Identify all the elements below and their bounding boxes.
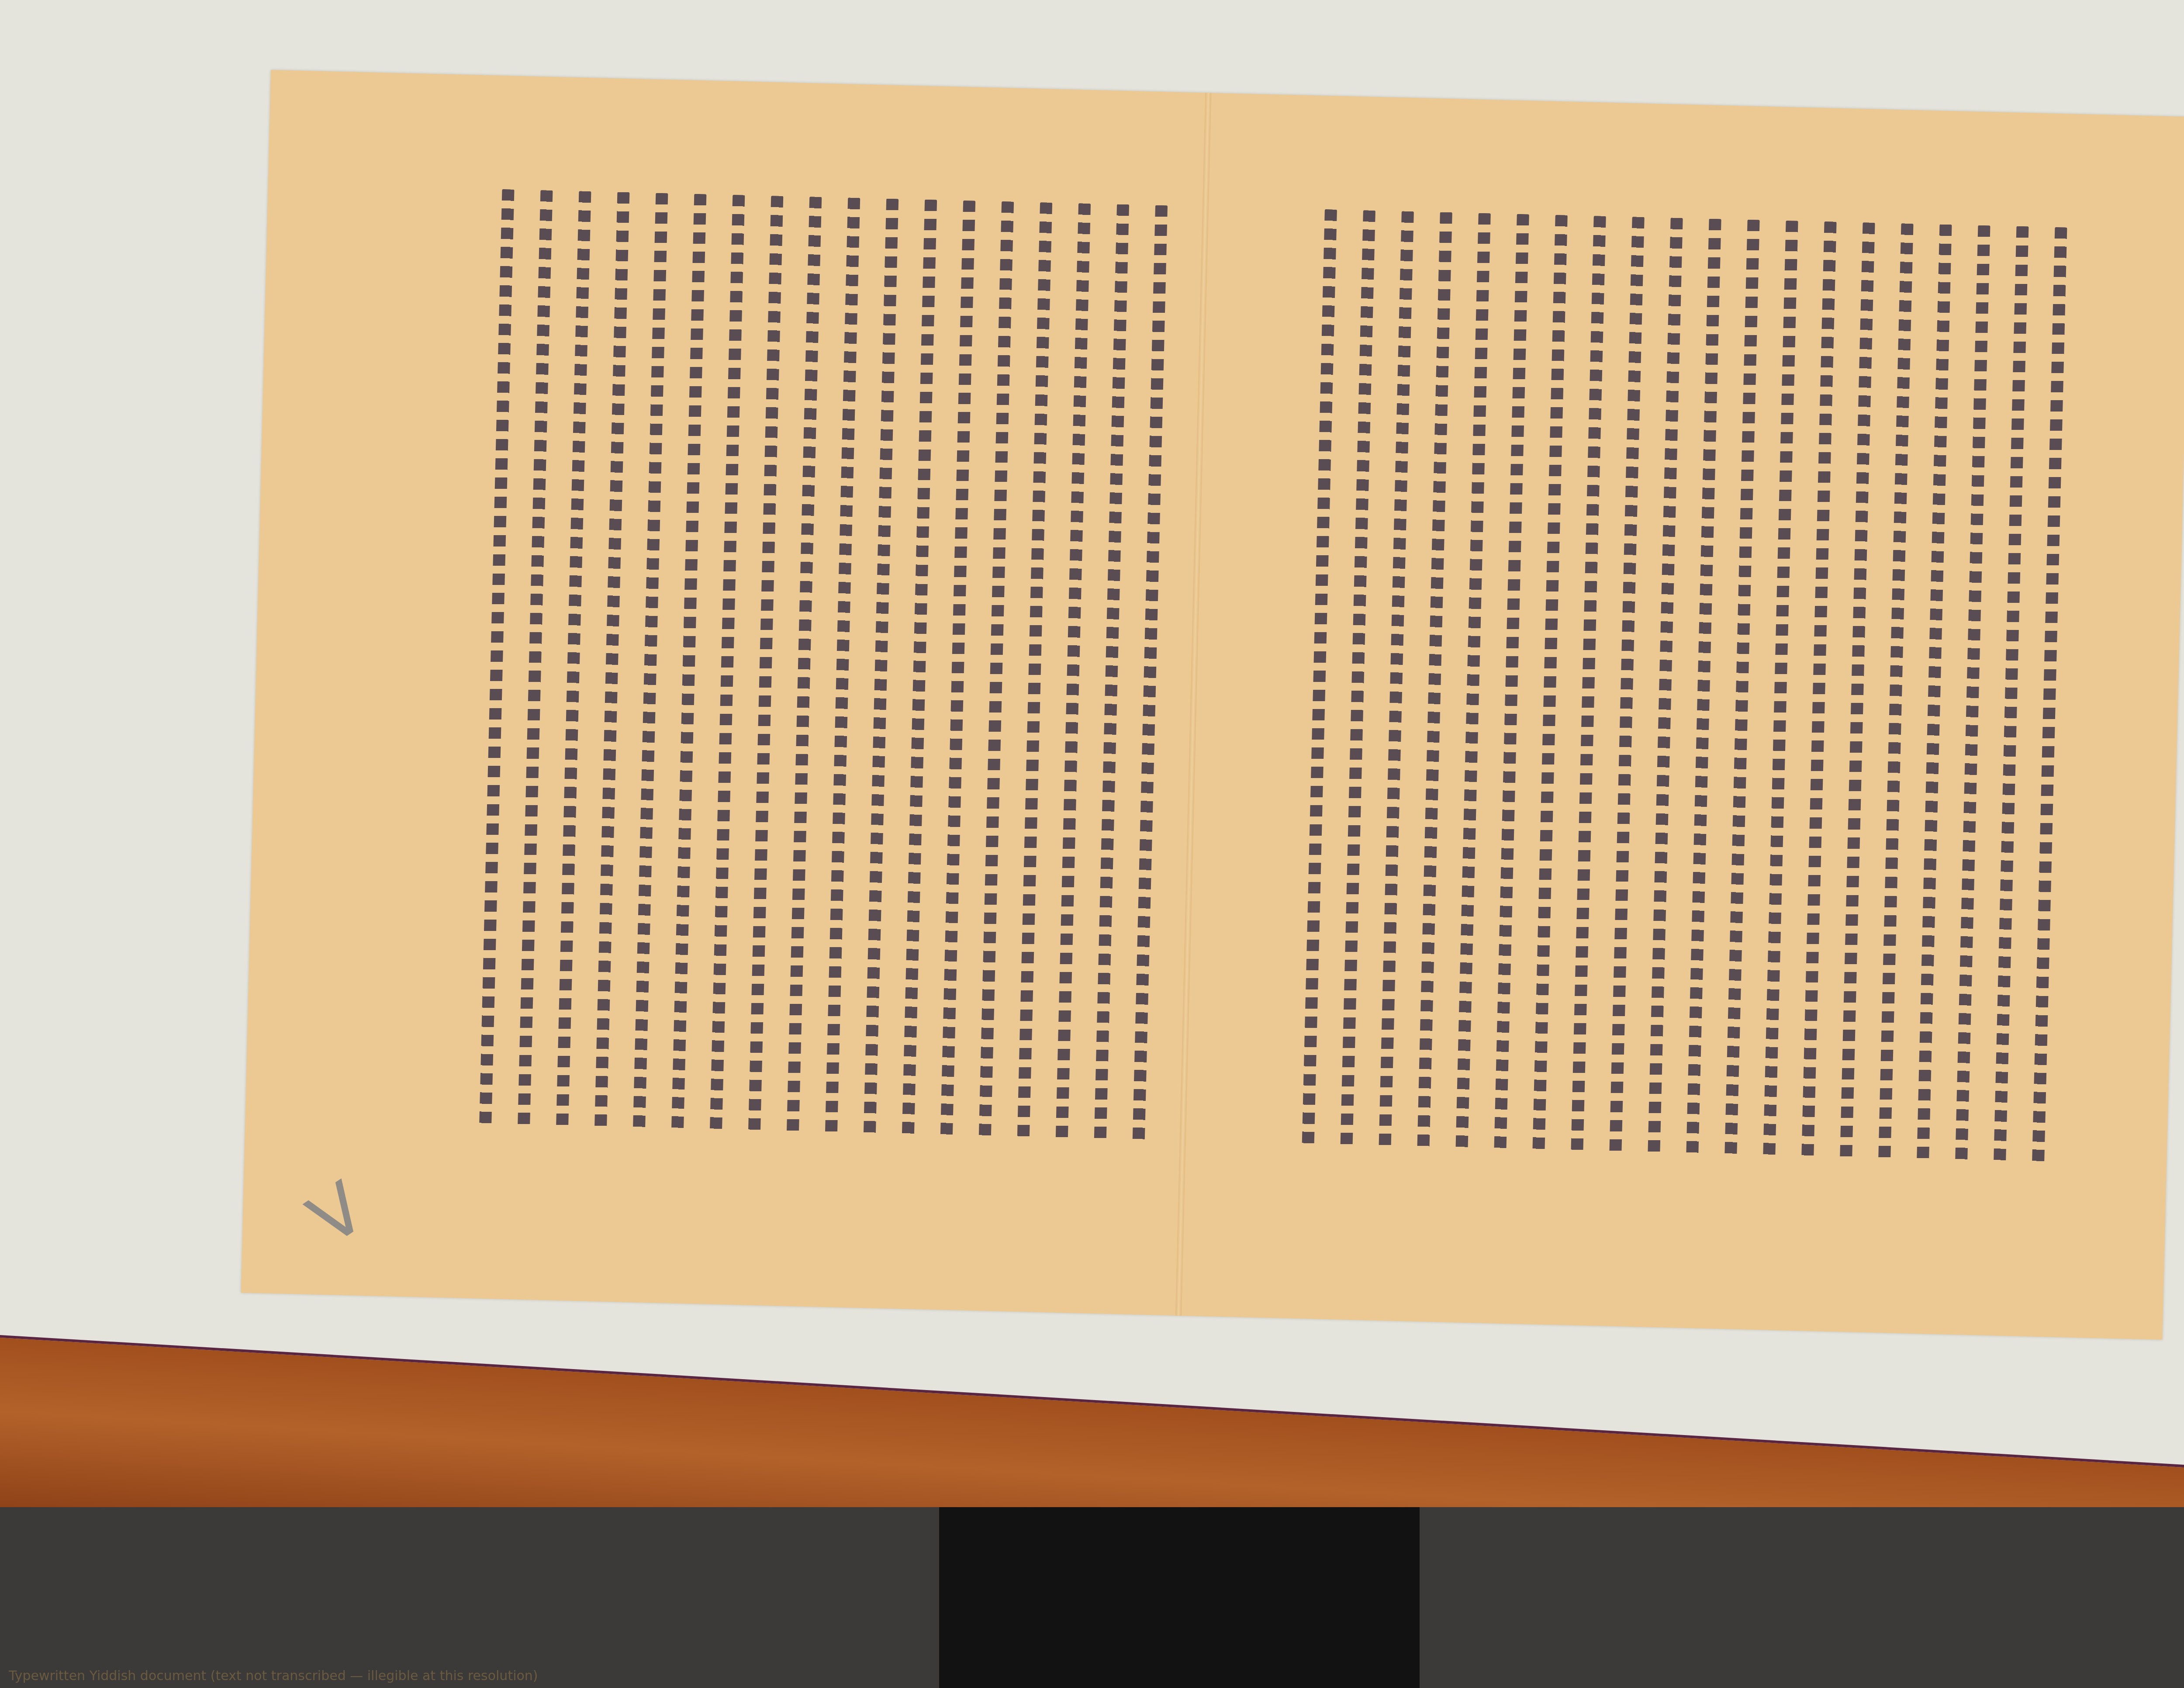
pencil-v-mark: V xyxy=(294,1166,379,1261)
left-text-panel xyxy=(429,188,1168,1144)
document-sheet: V xyxy=(241,70,2184,1340)
right-text-panel xyxy=(1232,208,2067,1166)
center-fold-crease xyxy=(1175,93,1211,1316)
transcription-note: Typewritten Yiddish document (text not t… xyxy=(9,1668,538,1684)
dark-object-under-desk xyxy=(939,1507,1420,1688)
